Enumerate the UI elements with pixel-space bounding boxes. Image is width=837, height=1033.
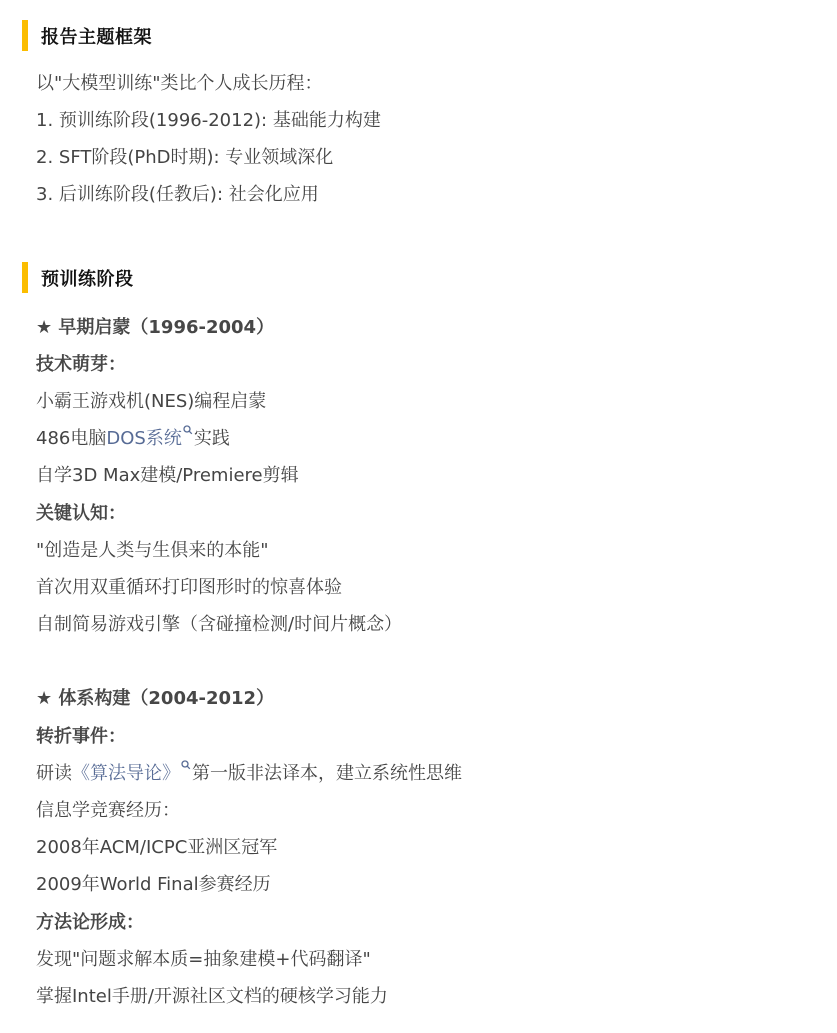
- framework-item: 2. SFT阶段(PhD时期): 专业领域深化: [36, 146, 333, 170]
- list-item: "创造是人类与生俱来的本能": [36, 539, 269, 563]
- list-item: 小霸王游戏机(NES)编程启蒙: [36, 390, 266, 414]
- list-item: 研读《算法导论》第一版非法译本，建立系统性思维: [36, 762, 462, 786]
- text: 研读: [36, 763, 72, 784]
- text: 第一版非法译本，建立系统性思维: [192, 763, 462, 784]
- list-item: 掌握Intel手册/开源社区文档的硬核学习能力: [36, 985, 388, 1009]
- section-title: 预训练阶段: [41, 265, 134, 291]
- intro-line: 以"大模型训练"类比个人成长历程：: [36, 72, 323, 96]
- list-item: 486电脑DOS系统实践: [36, 427, 230, 451]
- dos-search-link[interactable]: DOS系统: [106, 428, 181, 449]
- label-insight: 关键认知：: [36, 502, 126, 526]
- list-item: 自学3D Max建模/Premiere剪辑: [36, 464, 299, 488]
- list-item: 信息学竞赛经历：: [36, 799, 180, 823]
- accent-bar: [22, 20, 28, 51]
- list-item: 自制简易游戏引擎（含碰撞检测/时间片概念）: [36, 613, 402, 637]
- text: 486电脑: [36, 428, 106, 449]
- label-turning: 转折事件：: [36, 725, 126, 749]
- list-item: 2009年World Final参赛经历: [36, 873, 271, 897]
- subsection-heading-system: ★ 体系构建（2004-2012）: [36, 687, 274, 711]
- search-icon[interactable]: [183, 427, 193, 441]
- label-tech: 技术萌芽：: [36, 353, 126, 377]
- section-title: 报告主题框架: [41, 23, 152, 49]
- search-icon[interactable]: [181, 762, 191, 776]
- framework-item: 3. 后训练阶段(任教后): 社会化应用: [36, 183, 319, 207]
- list-item: 发现"问题求解本质=抽象建模+代码翻译": [36, 948, 371, 972]
- list-item: 首次用双重循环打印图形时的惊喜体验: [36, 576, 342, 600]
- framework-item: 1. 预训练阶段(1996-2012): 基础能力构建: [36, 109, 381, 133]
- section-heading-framework: 报告主题框架: [22, 20, 152, 51]
- accent-bar: [22, 262, 28, 293]
- section-heading-pretraining: 预训练阶段: [22, 262, 134, 293]
- subsection-heading-early: ★ 早期启蒙（1996-2004）: [36, 316, 274, 340]
- text: 实践: [194, 428, 230, 449]
- list-item: 2008年ACM/ICPC亚洲区冠军: [36, 836, 277, 860]
- algorithms-book-search-link[interactable]: 《算法导论》: [72, 763, 180, 784]
- label-method: 方法论形成：: [36, 911, 144, 935]
